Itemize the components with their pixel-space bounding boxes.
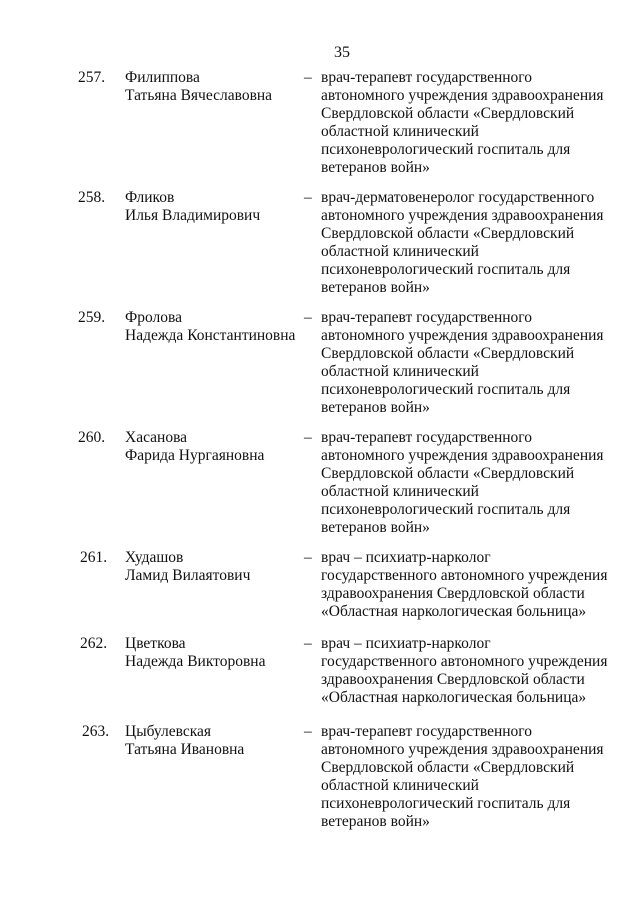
person-name: ЦветковаНадежда Викторовна [125, 635, 305, 671]
description-line: Свердловской области «Свердловский [321, 225, 621, 243]
description-line: областной клинический [321, 483, 621, 501]
dash-separator: – [304, 429, 312, 447]
entry-number: 263. [82, 723, 109, 741]
description-line: здравоохранения Свердловской области [321, 585, 621, 603]
description-line: психоневрологический госпиталь для [321, 141, 621, 159]
position-description: врач-терапевт государственногоавтономног… [321, 429, 621, 537]
description-line: областной клинический [321, 123, 621, 141]
page-number: 35 [0, 44, 640, 62]
surname: Цветкова [125, 635, 305, 653]
description-line: областной клинический [321, 777, 621, 795]
description-line: «Областная наркологическая больница» [321, 603, 621, 621]
person-name: ФроловаНадежда Константиновна [125, 309, 305, 345]
entry-number: 260. [78, 429, 105, 447]
description-line: Свердловской области «Свердловский [321, 759, 621, 777]
surname: Фролова [125, 309, 305, 327]
position-description: врач-дерматовенеролог государственногоав… [321, 189, 621, 297]
dash-separator: – [304, 189, 312, 207]
surname: Хасанова [125, 429, 305, 447]
description-line: врач – психиатр-нарколог [321, 549, 621, 567]
description-line: психоневрологический госпиталь для [321, 501, 621, 519]
description-line: психоневрологический госпиталь для [321, 381, 621, 399]
position-description: врач – психиатр-наркологгосударственного… [321, 635, 621, 707]
description-line: автономного учреждения здравоохранения [321, 87, 621, 105]
surname: Филиппова [125, 69, 305, 87]
given-names: Надежда Викторовна [125, 653, 305, 671]
description-line: ветеранов войн» [321, 399, 621, 417]
description-line: ветеранов войн» [321, 519, 621, 537]
given-names: Фарида Нургаяновна [125, 447, 305, 465]
surname: Фликов [125, 189, 305, 207]
surname: Худашов [125, 549, 305, 567]
entry-number: 262. [80, 635, 107, 653]
dash-separator: – [304, 549, 312, 567]
description-line: психоневрологический госпиталь для [321, 795, 621, 813]
description-line: здравоохранения Свердловской области [321, 671, 621, 689]
position-description: врач – психиатр-наркологгосударственного… [321, 549, 621, 621]
person-name: ЦыбулевскаяТатьяна Ивановна [125, 723, 305, 759]
description-line: врач-терапевт государственного [321, 309, 621, 327]
entry-number: 258. [78, 189, 105, 207]
position-description: врач-терапевт государственногоавтономног… [321, 69, 621, 177]
position-description: врач-терапевт государственногоавтономног… [321, 723, 621, 831]
description-line: врач-терапевт государственного [321, 429, 621, 447]
description-line: государственного автономного учреждения [321, 567, 621, 585]
entry-number: 259. [78, 309, 105, 327]
description-line: областной клинический [321, 243, 621, 261]
person-name: ХасановаФарида Нургаяновна [125, 429, 305, 465]
description-line: Свердловской области «Свердловский [321, 465, 621, 483]
dash-separator: – [304, 69, 312, 87]
surname: Цыбулевская [125, 723, 305, 741]
description-line: врач-терапевт государственного [321, 723, 621, 741]
description-line: государственного автономного учреждения [321, 653, 621, 671]
given-names: Татьяна Вячеславовна [125, 87, 305, 105]
description-line: автономного учреждения здравоохранения [321, 207, 621, 225]
given-names: Ламид Вилаятович [125, 567, 305, 585]
description-line: Свердловской области «Свердловский [321, 105, 621, 123]
description-line: врач – психиатр-нарколог [321, 635, 621, 653]
description-line: психоневрологический госпиталь для [321, 261, 621, 279]
description-line: врач-терапевт государственного [321, 69, 621, 87]
position-description: врач-терапевт государственногоавтономног… [321, 309, 621, 417]
dash-separator: – [304, 723, 312, 741]
description-line: врач-дерматовенеролог государственного [321, 189, 621, 207]
description-line: ветеранов войн» [321, 279, 621, 297]
person-name: ФилипповаТатьяна Вячеславовна [125, 69, 305, 105]
description-line: автономного учреждения здравоохранения [321, 741, 621, 759]
person-name: ХудашовЛамид Вилаятович [125, 549, 305, 585]
entry-number: 261. [80, 549, 107, 567]
description-line: ветеранов войн» [321, 813, 621, 831]
entry-number: 257. [78, 69, 105, 87]
dash-separator: – [304, 309, 312, 327]
description-line: автономного учреждения здравоохранения [321, 447, 621, 465]
description-line: Свердловской области «Свердловский [321, 345, 621, 363]
description-line: «Областная наркологическая больница» [321, 689, 621, 707]
description-line: областной клинический [321, 363, 621, 381]
given-names: Илья Владимирович [125, 207, 305, 225]
dash-separator: – [304, 635, 312, 653]
given-names: Надежда Константиновна [125, 327, 305, 345]
given-names: Татьяна Ивановна [125, 741, 305, 759]
description-line: автономного учреждения здравоохранения [321, 327, 621, 345]
description-line: ветеранов войн» [321, 159, 621, 177]
person-name: ФликовИлья Владимирович [125, 189, 305, 225]
